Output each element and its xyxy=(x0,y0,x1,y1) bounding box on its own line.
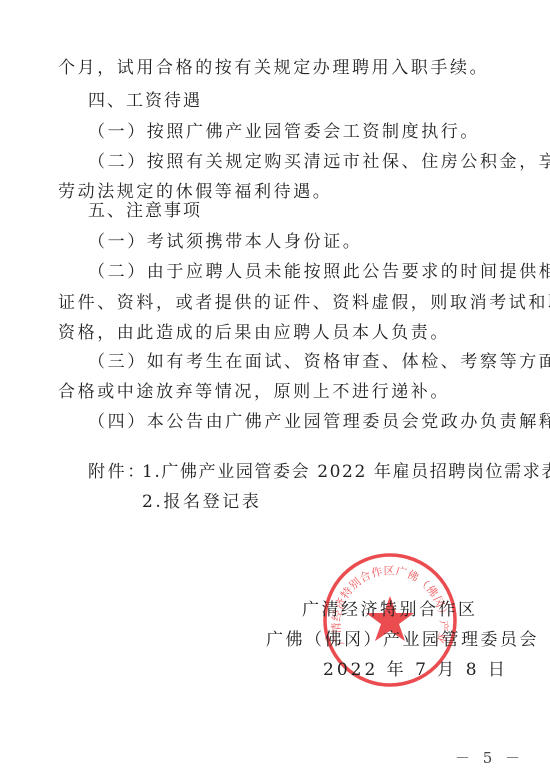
paragraph-notes-1: （一）考试须携带本人身份证。 xyxy=(88,232,362,252)
paragraph-notes-3: （三）如有考生在面试、资格审查、体检、考察等方面不 xyxy=(88,352,550,372)
paragraph-salary-1: （一）按照广佛产业园管委会工资制度执行。 xyxy=(88,122,480,142)
signature-date: 2022 年 7 月 8 日 xyxy=(323,660,508,680)
signature-org-line-2: 广佛（佛冈）产业园管理委员会 xyxy=(266,630,539,650)
paragraph-notes-2: （二）由于应聘人员未能按照此公告要求的时间提供相关 xyxy=(88,262,550,282)
paragraph-salary-2-cont: 劳动法规定的休假等福利待遇。 xyxy=(58,182,332,202)
paragraph-continuation: 个月，试用合格的按有关规定办理聘用入职手续。 xyxy=(58,58,489,78)
paragraph-notes-2-cont-b: 资格，由此造成的后果由应聘人员本人负责。 xyxy=(58,323,450,343)
section-heading-salary: 四、工资待遇 xyxy=(88,91,202,111)
attachment-item-2: 2.报名登记表 xyxy=(142,492,261,512)
paragraph-notes-3-cont: 合格或中途放弃等情况，原则上不进行递补。 xyxy=(58,382,450,402)
paragraph-notes-2-cont-a: 证件、资料，或者提供的证件、资料虚假，则取消考试和聘用 xyxy=(58,293,550,313)
attachments-label: 附件： xyxy=(88,462,147,482)
paragraph-notes-4: （四）本公告由广佛产业园管理委员会党政办负责解释。 xyxy=(88,412,550,432)
attachment-item-1: 1.广佛产业园管委会 2022 年雇员招聘岗位需求表 xyxy=(142,462,550,482)
signature-org-line-1: 广清经济特别合作区 xyxy=(302,600,478,620)
paragraph-salary-2: （二）按照有关规定购买清远市社保、住房公积金，享受 xyxy=(88,152,550,172)
section-heading-notes: 五、注意事项 xyxy=(88,201,202,221)
page-number: － 5 － xyxy=(455,747,524,768)
